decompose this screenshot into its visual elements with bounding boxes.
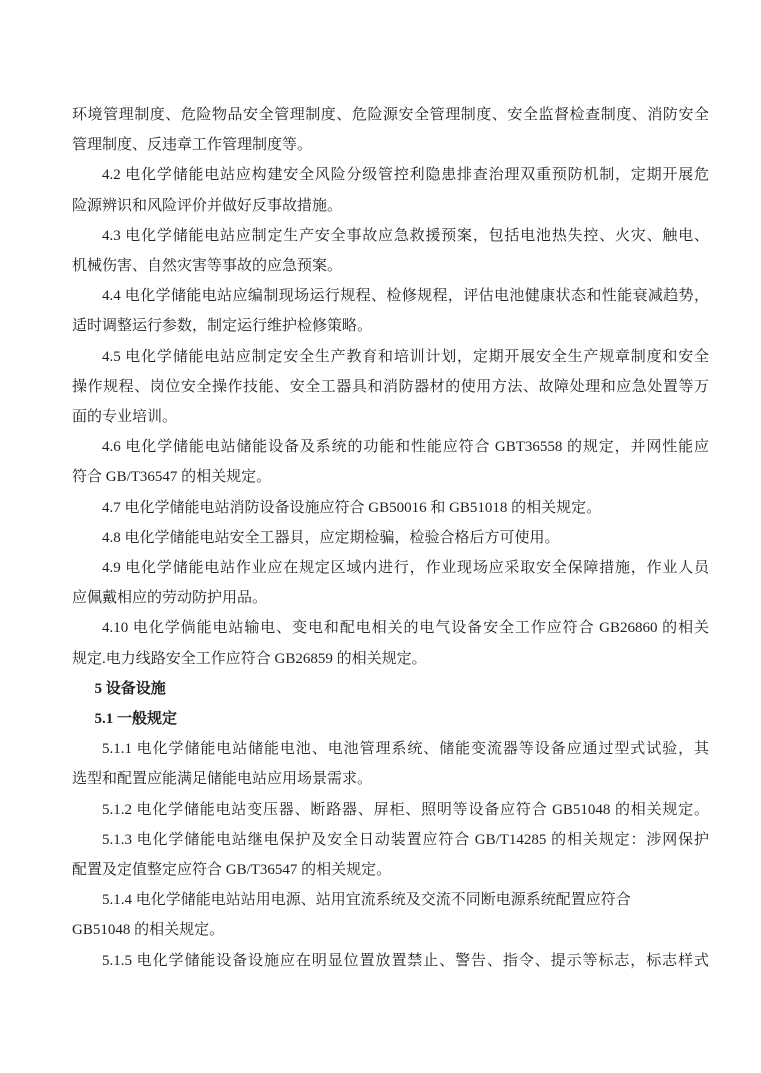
text-line: 5.1.5 电化学储能设备设施应在明显位置放置禁止、警告、指令、提示等标志，标志… [72, 946, 709, 976]
text-line: 4.4 电化学储能电站应编制现场运行规程、检修规程，评估电池健康状态和性能衰减趋… [72, 281, 709, 311]
text-line: GB51048 的相关规定。 [72, 915, 709, 945]
text-line: 管理制度、反违章工作管理制度等。 [72, 130, 709, 160]
text-line: 操作规程、岗位安全操作技能、安全工器具和消防器材的使用方法、故障处理和应急处置等… [72, 372, 709, 402]
text-line: 适时调整运行参数，制定运行维护检修策略。 [72, 311, 709, 341]
text-line: 4.9 电化学储能电站作业应在规定区域内进行，作业现场应采取安全保障措施，作业人… [72, 553, 709, 583]
text-line: 规定.电力线路安全工作应符合 GB26859 的相关规定。 [72, 644, 709, 674]
text-line: 应佩戴相应的劳动防护用品。 [72, 583, 709, 613]
document-page: 环境管理制度、危险物品安全管理制度、危险源安全管理制度、安全监督检查制度、消防安… [0, 0, 761, 1073]
text-line: 4.7 电化学储能电站消防设备设施应符合 GB50016 和 GB51018 的… [72, 493, 709, 523]
text-line: 4.6 电化学储能电站储能设备及系统的功能和性能应符合 GBT36558 的规定… [72, 432, 709, 462]
text-line: 配置及定值整定应符合 GB/T36547 的相关规定。 [72, 855, 709, 885]
text-line: 4.10 电化学倘能电站输电、变电和配电相关的电气设备安全工作应符合 GB268… [72, 613, 709, 643]
section-heading: 5.1 一般规定 [72, 704, 709, 734]
text-line: 4.8 电化学储能电站安全工器貝，应定期检骗，检验合格后方可使用。 [72, 523, 709, 553]
text-line: 5.1.2 电化学储能电站变压器、断路器、屏柜、照明等设备应符合 GB51048… [72, 795, 709, 825]
text-line: 险源辨识和风险评价并做好反事故措施。 [72, 191, 709, 221]
text-line: 符合 GB/T36547 的相关规定。 [72, 462, 709, 492]
text-line: 面的专业培训。 [72, 402, 709, 432]
section-heading: 5 设备设施 [72, 674, 709, 704]
text-line: 环境管理制度、危险物品安全管理制度、危险源安全管理制度、安全监督检查制度、消防安… [72, 100, 709, 130]
text-line: 5.1.3 电化学储能电站继电保护及安全日动装置应符合 GB/T14285 的相… [72, 825, 709, 855]
text-line: 机械伤害、自然灾害等事故的应急预案。 [72, 251, 709, 281]
text-line: 4.5 电化学储能电站应制定安全生产教育和培训计划，定期开展安全生产规章制度和安… [72, 342, 709, 372]
text-line: 选型和配置应能满足储能电站应用场景需求。 [72, 764, 709, 794]
text-line: 4.2 电化学储能电站应构建安全风险分级管控利隐患排查治理双重预防机制，定期开展… [72, 160, 709, 190]
text-line: 5.1.4 电化学储能电站站用电源、站用宜流系统及交流不同断电源系统配置应符合 [72, 885, 709, 915]
text-line: 4.3 电化学储能电站应制定生产安全事故应急救援预案，包括电池热失控、火灾、触电… [72, 221, 709, 251]
document-text-block: 环境管理制度、危险物品安全管理制度、危险源安全管理制度、安全监督检查制度、消防安… [72, 100, 709, 976]
text-line: 5.1.1 电化学储能电站储能电池、电池管理系统、储能变流器等设备应通过型式试验… [72, 734, 709, 764]
